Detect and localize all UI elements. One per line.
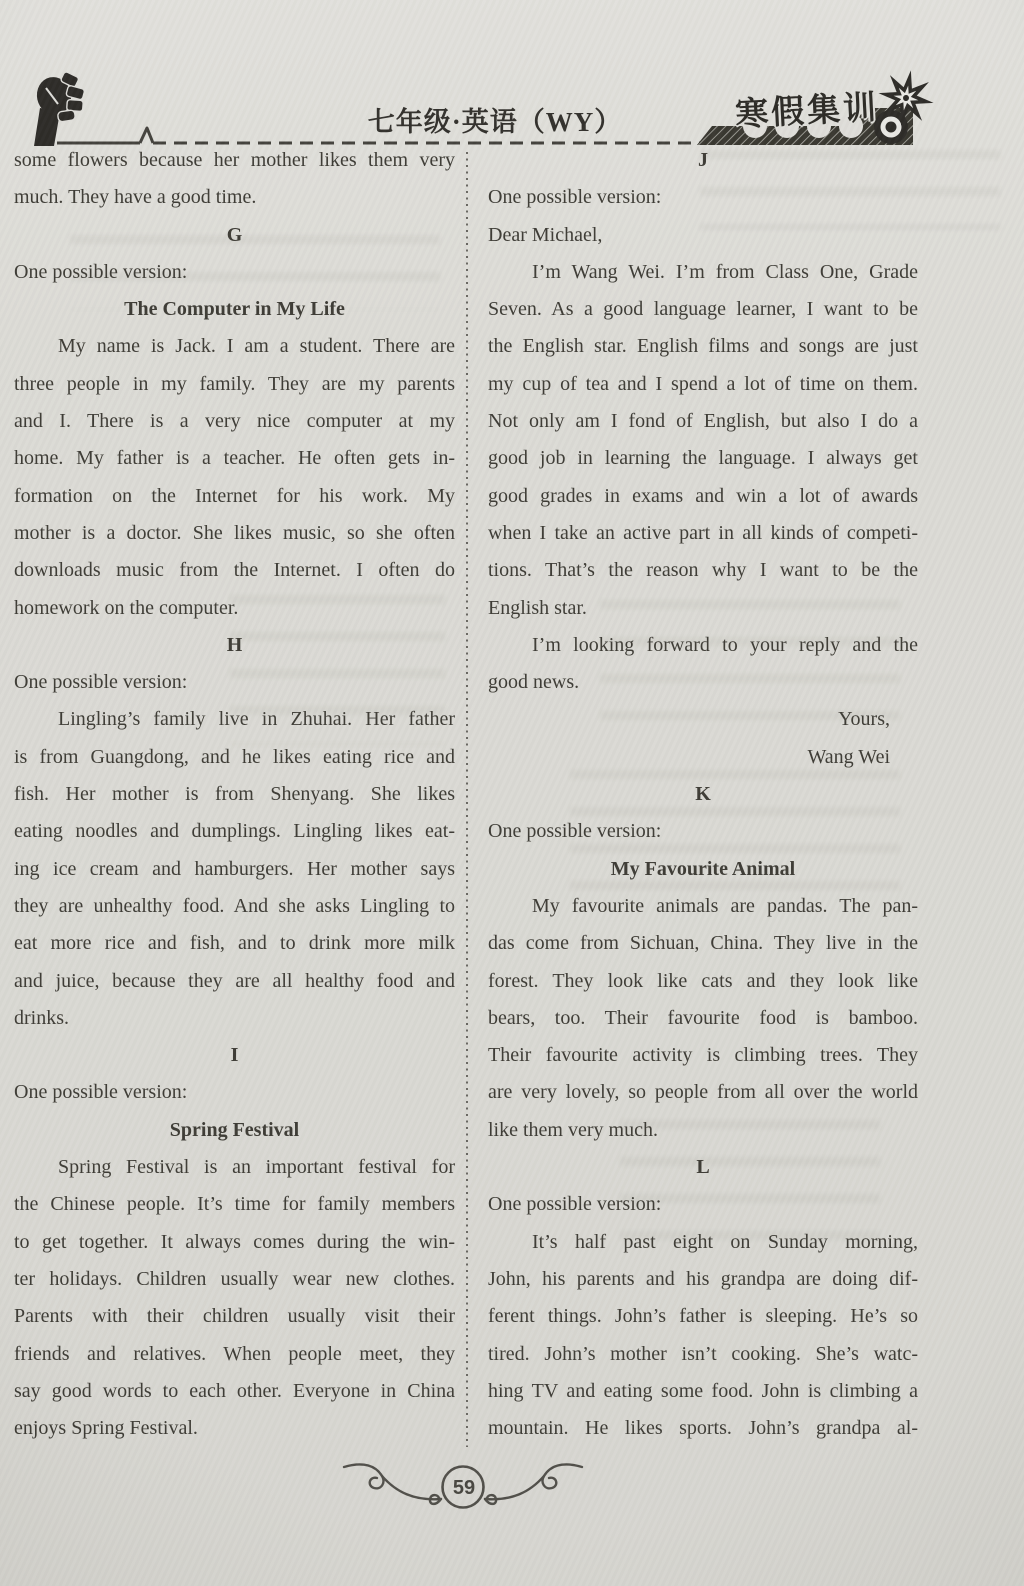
text-line: Parents with their children usually visi… [14,1298,455,1335]
text-line: eating noodles and dumplings. Lingling l… [14,813,455,850]
text-line: I [14,1037,455,1074]
text-line: The Computer in My Life [14,291,455,328]
text-line: Lingling’s family live in Zhuhai. Her fa… [14,701,455,738]
text-line: Not only am I fond of English, but also … [488,403,918,440]
text-line: to get together. It always comes during … [14,1224,455,1261]
text-line: Spring Festival [14,1112,455,1149]
text-line: English star. [488,590,918,627]
text-line: Spring Festival is an important festival… [14,1149,455,1186]
text-line: is from Guangdong, and he likes eating r… [14,739,455,776]
text-line: ter holidays. Children usually wear new … [14,1261,455,1298]
text-line: home. My father is a teacher. He often g… [14,440,455,477]
text-line: three people in my family. They are my p… [14,366,455,403]
text-line: formation on the Internet for his work. … [14,478,455,515]
column-divider [466,152,468,1447]
text-line: I’m Wang Wei. I’m from Class One, Grade [488,254,918,291]
text-line: mountain. He likes sports. John’s grandp… [488,1410,918,1447]
text-line: John, his parents and his grandpa are do… [488,1261,918,1298]
text-line: the Chinese people. It’s time for family… [14,1186,455,1223]
text-line: K [488,776,918,813]
text-line: One possible version: [488,813,918,850]
text-line: some flowers because her mother likes th… [14,142,455,179]
text-line: the English star. English films and song… [488,328,918,365]
text-line: My favourite animals are pandas. The pan… [488,888,918,925]
text-line: Their favourite activity is climbing tre… [488,1037,918,1074]
text-line: much. They have a good time. [14,179,455,216]
text-line: tired. John’s mother isn’t cooking. She’… [488,1336,918,1373]
text-line: H [14,627,455,664]
page-number: 59 [444,1469,484,1507]
text-line: hing TV and eating some food. John is cl… [488,1373,918,1410]
text-line: das come from Sichuan, China. They live … [488,925,918,962]
column-right: JOne possible version:Dear Michael,I’m W… [488,142,918,1447]
text-line: mother is a doctor. She likes music, so … [14,515,455,552]
text-line: bears, too. Their favourite food is bamb… [488,1000,918,1037]
text-line: ing ice cream and hamburgers. Her mother… [14,851,455,888]
text-line: and I. There is a very nice computer at … [14,403,455,440]
text-line: and juice, because they are all healthy … [14,963,455,1000]
text-line: It’s half past eight on Sunday morning, [488,1224,918,1261]
text-line: eat more rice and fish, and to drink mor… [14,925,455,962]
text-line: I’m looking forward to your reply and th… [488,627,918,664]
text-line: good grades in exams and win a lot of aw… [488,478,918,515]
text-line: say good words to each other. Everyone i… [14,1373,455,1410]
text-line: tions. That’s the reason why I want to b… [488,552,918,589]
text-line: my cup of tea and I spend a lot of time … [488,366,918,403]
text-line: good job in learning the language. I alw… [488,440,918,477]
text-line: drinks. [14,1000,455,1037]
text-line: ferent things. John’s father is sleeping… [488,1298,918,1335]
text-line: downloads music from the Internet. I oft… [14,552,455,589]
text-line: Wang Wei [488,739,918,776]
text-line: Seven. As a good language learner, I wan… [488,291,918,328]
text-line: One possible version: [14,664,455,701]
raised-fist-icon [24,66,92,146]
text-line: homework on the computer. [14,590,455,627]
text-line: friends and relatives. When people meet,… [14,1336,455,1373]
text-line: enjoys Spring Festival. [14,1410,455,1447]
text-line: L [488,1149,918,1186]
logo-text: 寒假集训 [734,79,916,135]
text-line: they are unhealthy food. And she asks Li… [14,888,455,925]
text-line: like them very much. [488,1112,918,1149]
book-page: 七年级·英语（WY） 寒假集训 some flowers bec [0,0,1024,1586]
text-line: good news. [488,664,918,701]
text-line: One possible version: [14,254,455,291]
text-line: J [488,142,918,179]
text-line: are very lovely, so people from all over… [488,1074,918,1111]
text-line: Yours, [488,701,918,738]
text-line: forest. They look like cats and they loo… [488,963,918,1000]
text-line: My Favourite Animal [488,851,918,888]
text-line: when I take an active part in all kinds … [488,515,918,552]
text-line: One possible version: [488,179,918,216]
column-left: some flowers because her mother likes th… [14,142,455,1447]
text-line: My name is Jack. I am a student. There a… [14,328,455,365]
text-line: G [14,217,455,254]
page-title: 七年级·英语（WY） [330,100,660,139]
text-line: One possible version: [488,1186,918,1223]
text-line: Dear Michael, [488,217,918,254]
text-line: One possible version: [14,1074,455,1111]
text-line: fish. Her mother is from Shenyang. She l… [14,776,455,813]
